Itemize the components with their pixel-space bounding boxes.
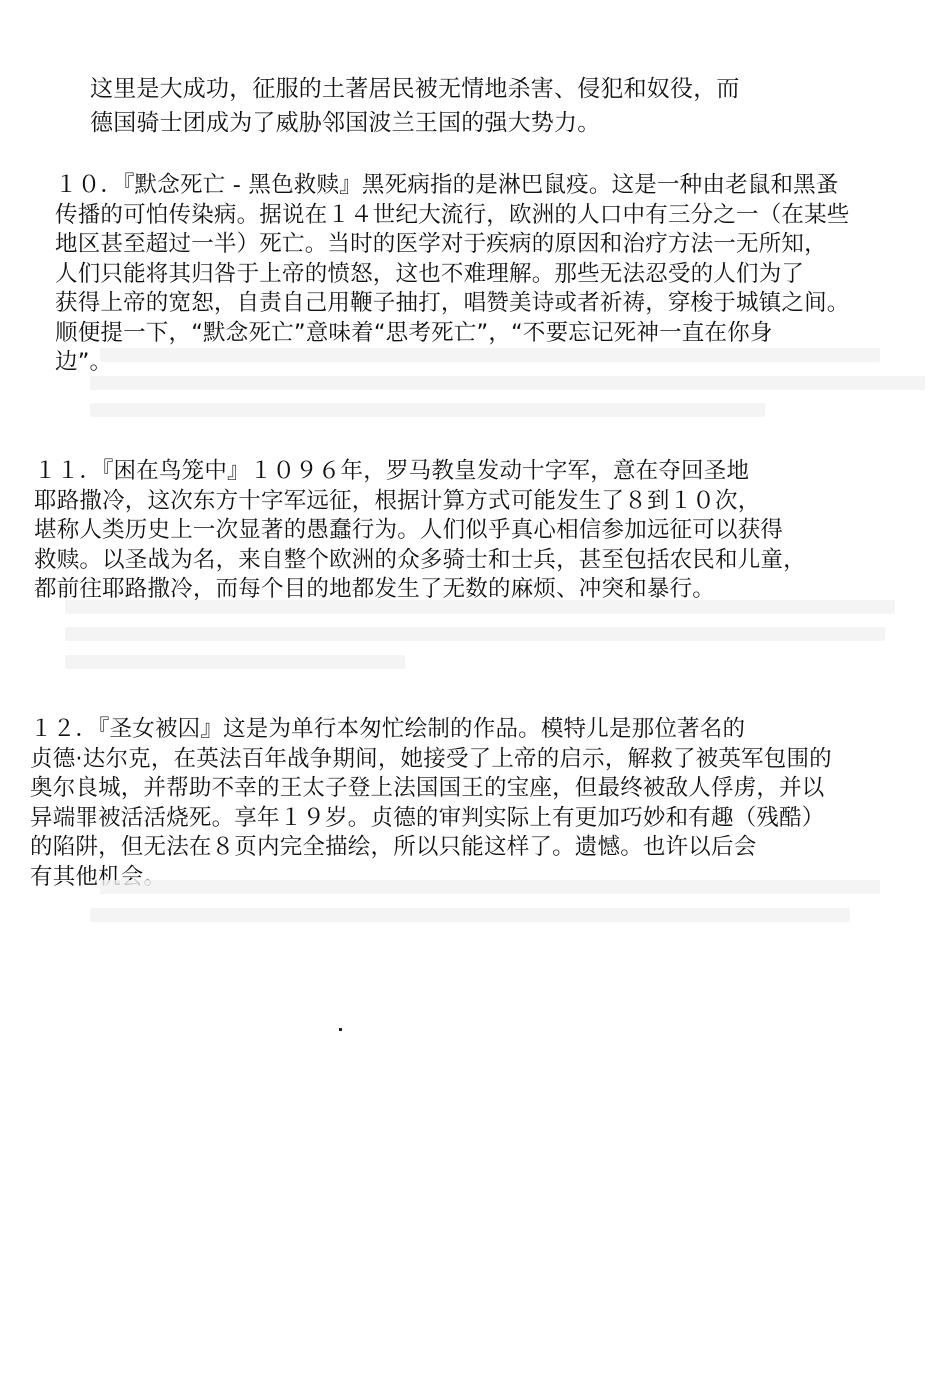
text-line: 获得上帝的宽恕，自责自己用鞭子抽打，唱赞美诗或者祈祷，穿梭于城镇之间。 xyxy=(55,289,850,319)
text-line: 堪称人类历史上一次显著的愚蠢行为。人们似乎真心相信参加远征可以获得 xyxy=(34,516,806,546)
text-line: 救赎。以圣战为名，来自整个欧洲的众多骑士和士兵，甚至包括农民和儿童， xyxy=(34,546,806,576)
note-10: １０．『默念死亡 - 黑色救赎』黑死病指的是淋巴鼠疫。这是一种由老鼠和黑蚤 传播… xyxy=(55,171,850,378)
bleed-through-ghost-line xyxy=(90,403,765,417)
note-11-heading-line: １１．『困在鸟笼中』１０９６年，罗马教皇发动十字军，意在夺回圣地 xyxy=(34,457,806,487)
text-line: 人们只能将其归咎于上帝的愤怒，这也不难理解。那些无法忍受的人们为了 xyxy=(55,260,850,290)
text-line: 耶路撒冷，这次东方十字军远征，根据计算方式可能发生了８到１０次， xyxy=(34,487,806,517)
bleed-through-ghost-line xyxy=(65,627,885,641)
bleed-through-ghost-line xyxy=(90,908,850,922)
text-line: 奥尔良城，并帮助不幸的王太子登上法国国王的宝座，但最终被敌人俘虏，并以 xyxy=(30,774,832,804)
text-line: 传播的可怕传染病。据说在１４世纪大流行，欧洲的人口中有三分之一（在某些 xyxy=(55,201,850,231)
bleed-through-ghost-line xyxy=(65,655,405,669)
text-line: 地区甚至超过一半）死亡。当时的医学对于疾病的原因和治疗方法一无所知， xyxy=(55,230,850,260)
note-12-heading-line: １２．『圣女被囚』这是为单行本匆忙绘制的作品。模特儿是那位著名的 xyxy=(30,715,832,745)
intro-paragraph: 这里是大成功，征服的土著居民被无情地杀害、侵犯和奴役，而 德国骑士团成为了威胁邻… xyxy=(90,72,740,140)
note-10-heading-line: １０．『默念死亡 - 黑色救赎』黑死病指的是淋巴鼠疫。这是一种由老鼠和黑蚤 xyxy=(55,171,850,201)
text-line: 异端罪被活活烧死。享年１９岁。贞德的审判实际上有更加巧妙和有趣（残酷） xyxy=(30,804,832,834)
bleed-through-ghost-line xyxy=(100,348,880,362)
bleed-through-ghost-line xyxy=(100,880,880,894)
text-line: 贞德·达尔克，在英法百年战争期间，她接受了上帝的启示，解救了被英军包围的 xyxy=(30,745,832,775)
text-line: 德国骑士团成为了威胁邻国波兰王国的强大势力。 xyxy=(90,106,740,140)
note-12: １２．『圣女被囚』这是为单行本匆忙绘制的作品。模特儿是那位著名的 贞德·达尔克，… xyxy=(30,715,832,892)
stray-dot xyxy=(339,1028,342,1031)
text-line: 的陷阱，但无法在８页内完全描绘，所以只能这样了。遗憾。也许以后会 xyxy=(30,833,832,863)
text-line: 顺便提一下，“默念死亡”意味着“思考死亡”，“不要忘记死神一直在你身 xyxy=(55,319,850,349)
note-11: １１．『困在鸟笼中』１０９６年，罗马教皇发动十字军，意在夺回圣地 耶路撒冷，这次… xyxy=(34,457,806,605)
bleed-through-ghost-line xyxy=(90,376,925,390)
text-line: 这里是大成功，征服的土著居民被无情地杀害、侵犯和奴役，而 xyxy=(90,72,740,106)
bleed-through-ghost-line xyxy=(65,600,895,614)
